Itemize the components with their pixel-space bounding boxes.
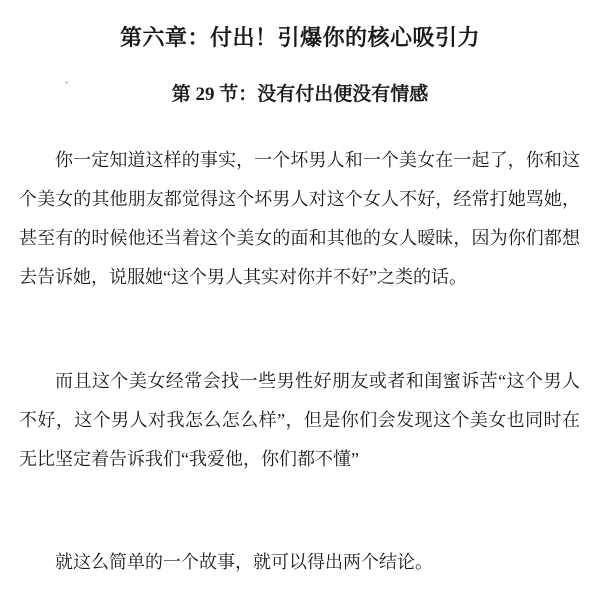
text-line: 你一定知道这样的事实，一个坏男人和一个美女在一起了，你和这: [19, 141, 580, 180]
text-line: 不好，这个男人对我怎么怎么样”，但是你们会发现这个美女也同时在: [19, 401, 580, 440]
text-line: 甚至有的时候他还当着这个美女的面和其他的女人暧昧，因为你们都想: [19, 219, 580, 258]
chapter-title: 第六章：付出！引爆你的核心吸引力: [0, 23, 600, 53]
document-page: 第六章：付出！引爆你的核心吸引力 第 29 节：没有付出便没有情感 你一定知道这…: [0, 0, 600, 602]
section-title: 第 29 节：没有付出便没有情感: [0, 82, 600, 108]
text-line: 个美女的其他朋友都觉得这个坏男人对这个女人不好，经常打她骂她，: [19, 180, 580, 219]
text-line: 而且这个美女经常会找一些男性好朋友或者和闺蜜诉苦“这个男人: [19, 362, 580, 401]
text-line: 去告诉她，说服她“这个男人其实对你并不好”之类的话。: [19, 258, 580, 297]
paragraph-1: 你一定知道这样的事实，一个坏男人和一个美女在一起了，你和这 个美女的其他朋友都觉…: [19, 141, 580, 297]
paragraph-2: 而且这个美女经常会找一些男性好朋友或者和闺蜜诉苦“这个男人 不好，这个男人对我怎…: [19, 362, 580, 479]
text-line: 就这么简单的一个故事，就可以得出两个结论。: [19, 543, 580, 582]
text-line: 无比坚定着告诉我们“我爱他，你们都不懂”: [19, 440, 580, 479]
paragraph-3: 就这么简单的一个故事，就可以得出两个结论。: [19, 543, 580, 582]
